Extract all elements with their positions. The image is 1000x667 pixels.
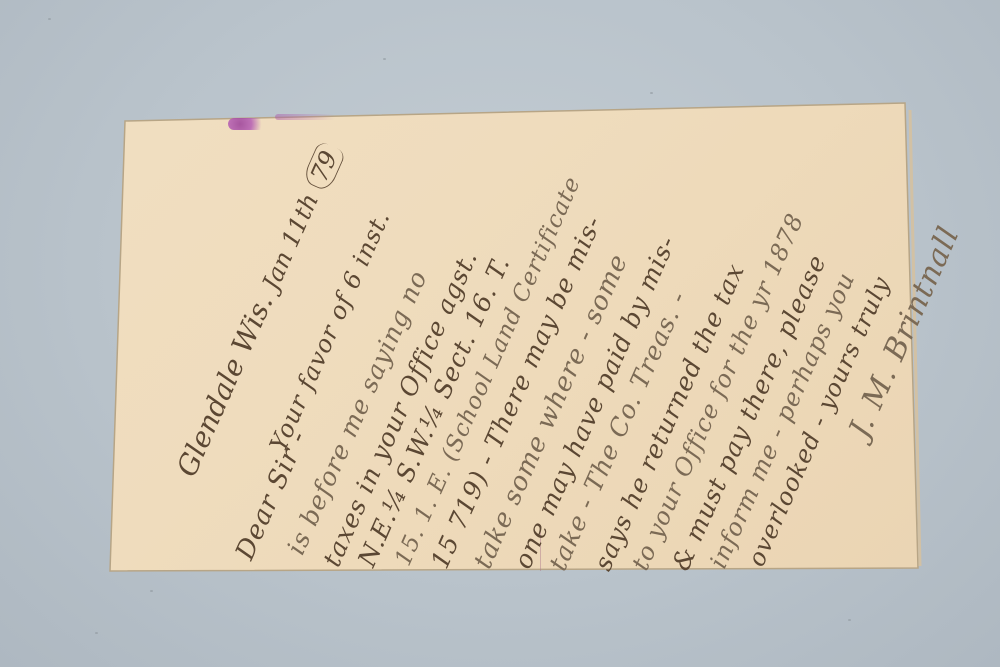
handwritten-letter: Glendale Wis. Jan 11th 79 Dear Sir - You… (0, 0, 1000, 667)
dateline-year: 79 (301, 141, 346, 193)
dateline-place: Glendale Wis. (170, 289, 280, 481)
dateline-date: Jan 11th (257, 189, 324, 294)
dateline: Glendale Wis. Jan 11th 79 (170, 140, 346, 482)
postal-card: Glendale Wis. Jan 11th 79 Dear Sir - You… (0, 0, 1000, 667)
